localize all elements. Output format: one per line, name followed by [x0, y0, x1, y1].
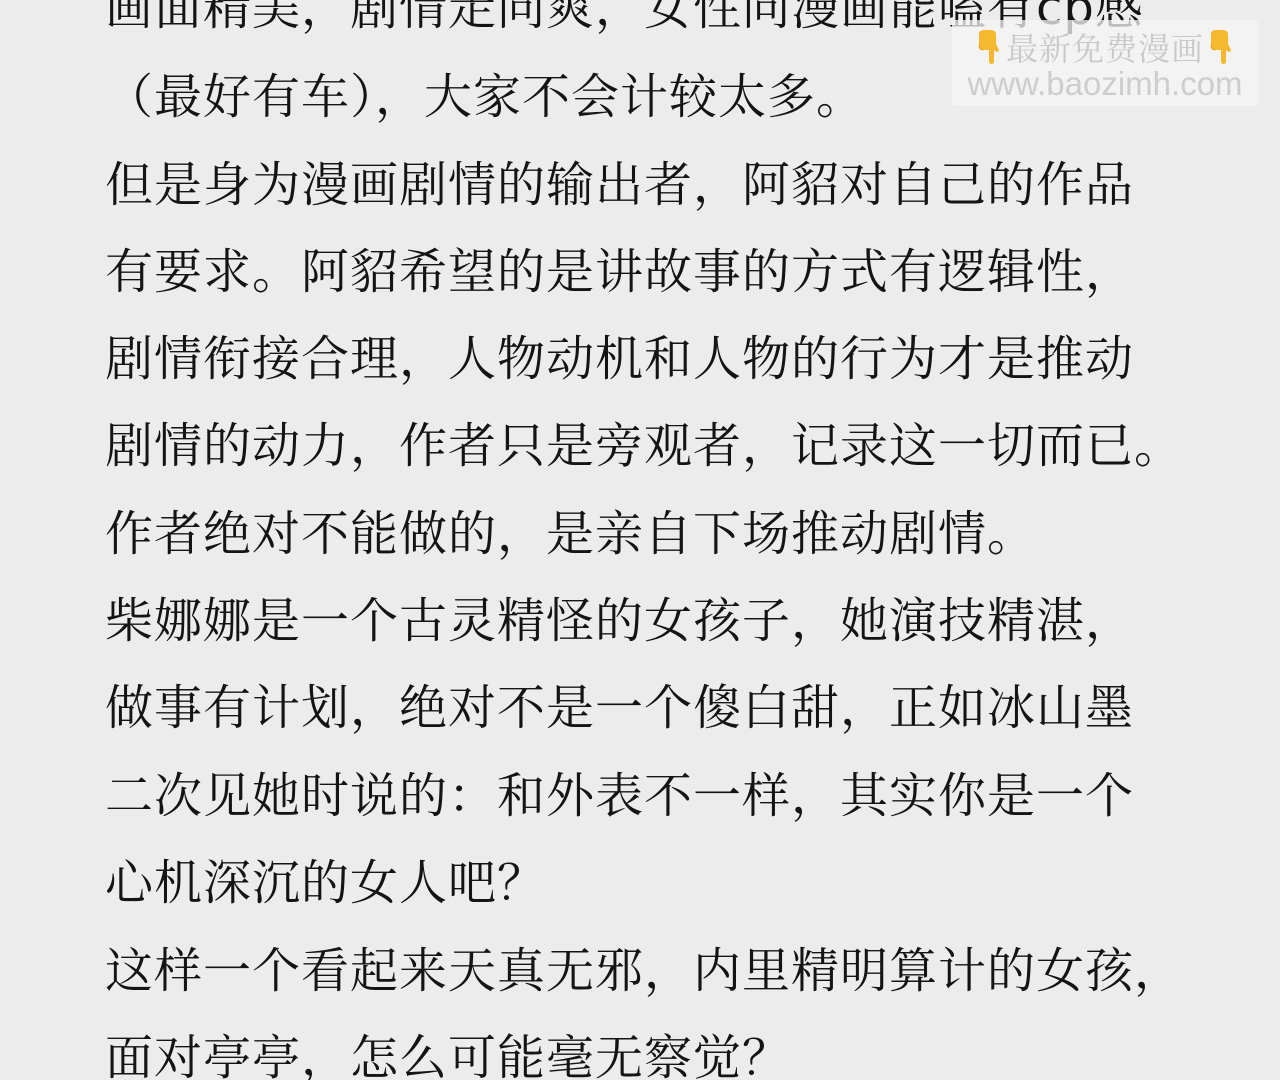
text-line: 做事有计划，绝对不是一个傻白甜，正如冰山墨	[105, 678, 1134, 738]
watermark-text: 最新免费漫画	[1006, 24, 1204, 70]
text-line: 心机深沉的女人吧？	[105, 853, 546, 913]
text-line: 二次见她时说的：和外表不一样，其实你是一个	[105, 766, 1134, 826]
text-line: 有要求。阿貂希望的是讲故事的方式有逻辑性，	[105, 242, 1134, 302]
site-watermark: 最新免费漫画 www.baozimh.com	[952, 20, 1258, 106]
pointing-down-hand-icon	[976, 30, 1002, 64]
text-line: （最好有车），大家不会计较太多。	[105, 67, 865, 127]
text-line: 剧情的动力，作者只是旁观者，记录这一切而已。	[105, 416, 1183, 476]
text-line: 面对亭亭，怎么可能毫无察觉？	[105, 1028, 791, 1080]
text-line: 作者绝对不能做的，是亲自下场推动剧情。	[105, 504, 1036, 564]
watermark-row-top: 最新免费漫画	[952, 28, 1258, 66]
text-line: 这样一个看起来天真无邪，内里精明算计的女孩，	[105, 941, 1183, 1001]
watermark-url: www.baozimh.com	[952, 66, 1258, 102]
text-line: 柴娜娜是一个古灵精怪的女孩子，她演技精湛，	[105, 591, 1134, 651]
pointing-down-hand-icon	[1208, 30, 1234, 64]
text-line: 但是身为漫画剧情的输出者，阿貂对自己的作品	[105, 155, 1134, 215]
text-line: 剧情衔接合理，人物动机和人物的行为才是推动	[105, 329, 1134, 389]
article-page: 画面精美，剧情走向爽，女性向漫画能嗑有cp感 （最好有车），大家不会计较太多。 …	[0, 0, 1280, 1080]
